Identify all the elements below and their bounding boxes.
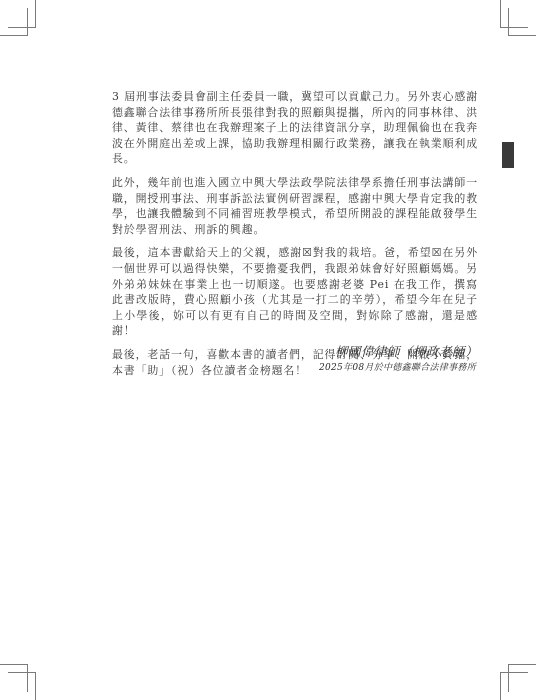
signature-date-place: 2025年08月於中德鑫聯合法律事務所 [319, 360, 476, 373]
crop-mark [27, 664, 28, 692]
crop-mark [500, 0, 501, 27]
crop-mark [8, 672, 36, 673]
paragraph: 此外，幾年前也進入國立中興大學法政學院法律學系擔任刑事法講師一職，開授刑事法、刑… [112, 175, 478, 237]
crop-mark [508, 664, 536, 665]
chapter-tab-marker [502, 142, 514, 168]
crop-mark [508, 35, 536, 36]
crop-mark [500, 672, 501, 700]
crop-mark [27, 8, 28, 36]
paragraph: 3 屆刑事法委員會副主任委員一職，冀望可以貢獻己力。另外衷心感謝德鑫聯合法律事務… [112, 89, 478, 167]
crop-mark [508, 664, 509, 692]
signature-name: 柳國偉律師（柳政老師） [335, 342, 478, 360]
crop-mark [8, 27, 36, 28]
crop-mark [35, 672, 36, 700]
paragraph: 最後，這本書獻給天上的父親，感謝☒對我的栽培。爸，希望☒在另外一個世界可以過得快… [112, 245, 478, 339]
crop-mark [500, 672, 528, 673]
crop-mark [0, 664, 27, 665]
crop-mark [500, 27, 528, 28]
crop-mark [35, 0, 36, 27]
crop-mark [0, 35, 27, 36]
crop-mark [508, 8, 509, 36]
